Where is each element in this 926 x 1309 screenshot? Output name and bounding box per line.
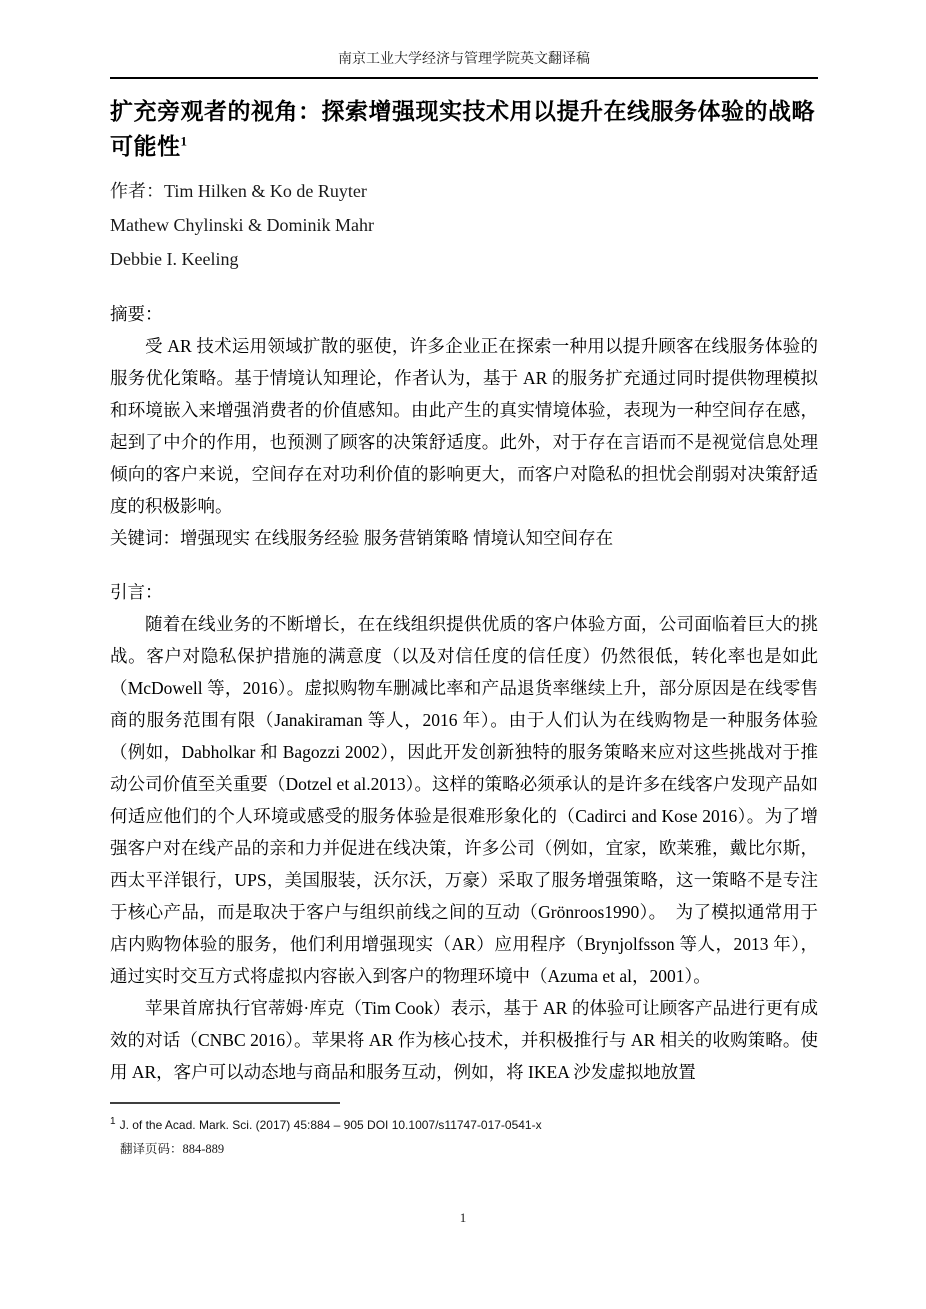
title-footnote-ref: 1: [181, 133, 188, 148]
document-title: 扩充旁观者的视角：探索增强现实技术用以提升在线服务体验的战略可能性1: [110, 94, 818, 164]
introduction-paragraph-2: 苹果首席执行官蒂姆·库克（Tim Cook）表示，基于 AR 的体验可让顾客产品…: [110, 992, 818, 1088]
footnote-translated-pages: 翻译页码：884-889: [110, 1137, 818, 1161]
header-rule: [110, 77, 818, 79]
footnote-reference: 1J. of the Acad. Mark. Sci. (2017) 45:88…: [110, 1110, 818, 1137]
abstract-section: 摘要： 受 AR 技术运用领域扩散的驱使，许多企业正在探索一种用以提升顾客在线服…: [110, 298, 818, 554]
author-block: 作者：Tim Hilken & Ko de Ruyter Mathew Chyl…: [110, 174, 818, 276]
author-line-2: Mathew Chylinski & Dominik Mahr: [110, 208, 818, 242]
author-line-1: 作者：Tim Hilken & Ko de Ruyter: [110, 174, 818, 208]
header-text: 南京工业大学经济与管理学院英文翻译稿: [110, 50, 818, 69]
document-page: 南京工业大学经济与管理学院英文翻译稿 扩充旁观者的视角：探索增强现实技术用以提升…: [0, 0, 926, 1309]
page-header: 南京工业大学经济与管理学院英文翻译稿: [110, 50, 818, 79]
introduction-label: 引言：: [110, 576, 818, 608]
title-line2: 可能性: [110, 134, 181, 159]
author-line-3: Debbie I. Keeling: [110, 242, 818, 276]
abstract-label: 摘要：: [110, 298, 818, 330]
introduction-section: 引言： 随着在线业务的不断增长，在在线组织提供优质的客户体验方面，公司面临着巨大…: [110, 576, 818, 1088]
footnote-separator-rule: [110, 1102, 340, 1104]
footnote-marker: 1: [110, 1116, 116, 1127]
footnote-block: 1J. of the Acad. Mark. Sci. (2017) 45:88…: [110, 1102, 818, 1161]
keywords-line: 关键词：增强现实 在线服务经验 服务营销策略 情境认知空间存在: [110, 522, 818, 554]
footnote-reference-text: J. of the Acad. Mark. Sci. (2017) 45:884…: [120, 1118, 542, 1132]
abstract-paragraph: 受 AR 技术运用领域扩散的驱使，许多企业正在探索一种用以提升顾客在线服务体验的…: [110, 330, 818, 522]
title-line1: 扩充旁观者的视角：探索增强现实技术用以提升在线服务体验的战略: [110, 99, 815, 124]
page-number: 1: [0, 1210, 926, 1226]
introduction-paragraph-1: 随着在线业务的不断增长，在在线组织提供优质的客户体验方面，公司面临着巨大的挑战。…: [110, 608, 818, 992]
